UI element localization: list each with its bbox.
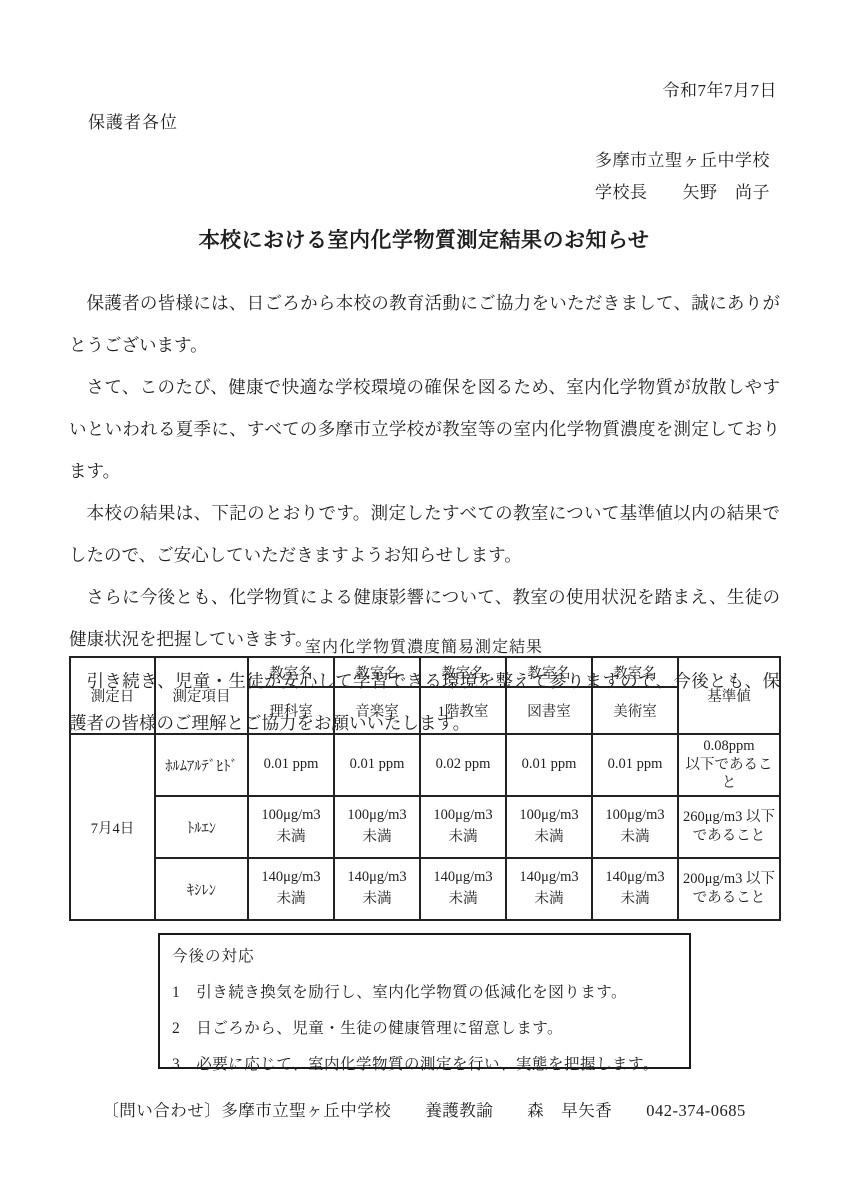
measurement-value: 140μg/m3 未満 bbox=[592, 858, 678, 920]
measurement-date: 7月4日 bbox=[70, 734, 155, 920]
paragraph-greeting: 保護者の皆様には、日ごろから本校の教育活動にご協力をいただきまして、誠にありがと… bbox=[69, 282, 780, 366]
followup-item-2: 2 日ごろから、児童・生徒の健康管理に留意します。 bbox=[172, 1016, 689, 1038]
item-label-formaldehyde: ﾎﾙﾑｱﾙﾃﾞﾋﾄﾞ bbox=[155, 734, 248, 796]
table-row-formaldehyde: 7月4日 ﾎﾙﾑｱﾙﾃﾞﾋﾄﾞ 0.01 ppm 0.01 ppm 0.02 p… bbox=[70, 734, 780, 796]
contact-line: 〔問い合わせ〕多摩市立聖ヶ丘中学校 養護教諭 森 早矢香 042-374-068… bbox=[0, 1097, 848, 1121]
measurement-value: 0.02 ppm bbox=[420, 734, 506, 796]
header-room-art: 美術室 bbox=[592, 687, 678, 734]
measurement-value: 0.01 ppm bbox=[334, 734, 420, 796]
header-room-label: 教室名 bbox=[592, 657, 678, 687]
header-standard: 基準値 bbox=[678, 657, 780, 734]
measurement-value: 100μg/m3 未満 bbox=[506, 796, 592, 858]
measurement-value: 140μg/m3 未満 bbox=[248, 858, 334, 920]
header-room-label: 教室名 bbox=[334, 657, 420, 687]
document-page: 令和7年7月7日 保護者各位 多摩市立聖ヶ丘中学校 学校長 矢野 尚子 本校にお… bbox=[0, 0, 848, 1200]
paragraph-background: さて、このたび、健康で快適な学校環境の確保を図るため、室内化学物質が放散しやすい… bbox=[69, 366, 780, 492]
header-item: 測定項目 bbox=[155, 657, 248, 734]
recipient-line: 保護者各位 bbox=[88, 108, 178, 133]
paragraph-results: 本校の結果は、下記のとおりです。測定したすべての教室について基準値以内の結果でし… bbox=[69, 492, 780, 576]
measurement-value: 140μg/m3 未満 bbox=[420, 858, 506, 920]
header-room-library: 図書室 bbox=[506, 687, 592, 734]
table-header-row-1: 測定日 測定項目 教室名 教室名 教室名 教室名 教室名 基準値 bbox=[70, 657, 780, 687]
table-row-toluene: ﾄﾙｴﾝ 100μg/m3 未満 100μg/m3 未満 100μg/m3 未満… bbox=[70, 796, 780, 858]
standard-value: 260μg/m3 以下であること bbox=[678, 796, 780, 858]
followup-box: 今後の対応 1 引き続き換気を励行し、室内化学物質の低減化を図ります。 2 日ご… bbox=[158, 933, 691, 1069]
measurement-value: 100μg/m3 未満 bbox=[592, 796, 678, 858]
followup-item-3: 3 必要に応じて、室内化学物質の測定を行い、実態を把握します。 bbox=[172, 1052, 689, 1074]
standard-value: 200μg/m3 以下であること bbox=[678, 858, 780, 920]
measurement-value: 0.01 ppm bbox=[506, 734, 592, 796]
sender-principal-name: 学校長 矢野 尚子 bbox=[595, 178, 770, 203]
followup-title: 今後の対応 bbox=[172, 944, 689, 966]
item-label-toluene: ﾄﾙｴﾝ bbox=[155, 796, 248, 858]
table-caption: 室内化学物質濃度簡易測定結果 bbox=[0, 634, 848, 657]
measurement-value: 100μg/m3 未満 bbox=[334, 796, 420, 858]
header-room-music: 音楽室 bbox=[334, 687, 420, 734]
sender-school-name: 多摩市立聖ヶ丘中学校 bbox=[595, 146, 770, 171]
measurement-table: 測定日 測定項目 教室名 教室名 教室名 教室名 教室名 基準値 理科室 音楽室… bbox=[69, 656, 781, 921]
header-room-label: 教室名 bbox=[506, 657, 592, 687]
issue-date: 令和7年7月7日 bbox=[663, 76, 778, 101]
followup-item-1: 1 引き続き換気を励行し、室内化学物質の低減化を図ります。 bbox=[172, 980, 689, 1002]
item-label-xylene: ｷｼﾚﾝ bbox=[155, 858, 248, 920]
standard-value: 0.08ppm 以下であること bbox=[678, 734, 780, 796]
measurement-value: 0.01 ppm bbox=[248, 734, 334, 796]
header-room-label: 教室名 bbox=[248, 657, 334, 687]
page-title: 本校における室内化学物質測定結果のお知らせ bbox=[0, 224, 848, 254]
measurement-value: 140μg/m3 未満 bbox=[334, 858, 420, 920]
measurement-value: 0.01 ppm bbox=[592, 734, 678, 796]
measurement-value: 100μg/m3 未満 bbox=[248, 796, 334, 858]
header-date: 測定日 bbox=[70, 657, 155, 734]
header-room-science: 理科室 bbox=[248, 687, 334, 734]
measurement-value: 100μg/m3 未満 bbox=[420, 796, 506, 858]
header-room-label: 教室名 bbox=[420, 657, 506, 687]
header-room-1f-classroom: 1階教室 bbox=[420, 687, 506, 734]
measurement-value: 140μg/m3 未満 bbox=[506, 858, 592, 920]
table-row-xylene: ｷｼﾚﾝ 140μg/m3 未満 140μg/m3 未満 140μg/m3 未満… bbox=[70, 858, 780, 920]
